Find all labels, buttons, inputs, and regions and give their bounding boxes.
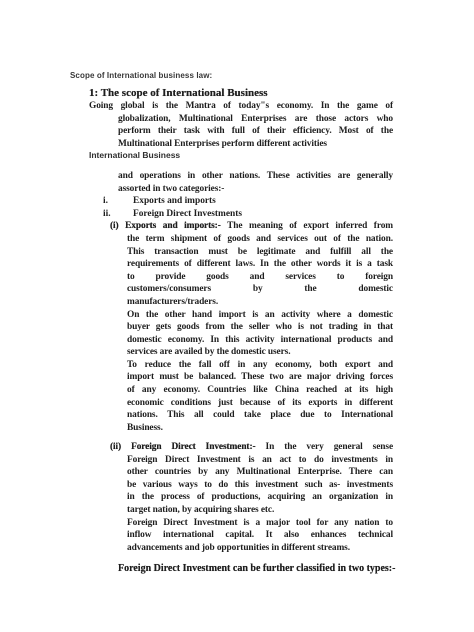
text-line: Business. [127,422,393,435]
text-line: and operations in other nations. These a… [118,170,393,183]
text-line: To reduce the fall off in any economy, b… [127,359,393,372]
list-item-text: Foreign Direct Investments [133,209,242,219]
header-note: Scope of International business law: [70,71,393,80]
item-first-text: The meaning of export inferred from [227,221,393,231]
section-heading: 1: The scope of International Business [89,87,393,100]
document-content: Scope of International business law: 1: … [70,71,393,575]
list-item-text: Exports and imports [133,196,216,206]
numbered-item-exports: (i) Exports and imports:- The meaning of… [110,220,393,434]
text-line: in the process of productions, acquiring… [127,491,393,504]
text-line: the term shipment of goods and services … [127,233,393,246]
document-page: Scope of International business law: 1: … [0,0,474,632]
item-body: the term shipment of goods and services … [110,233,393,435]
text-line: domestic economy. In this activity inter… [127,334,393,347]
text-line: be various ways to do this investment su… [127,479,393,492]
item-first-line: (ii) Foreign Direct Investment:- In the … [110,441,393,454]
roman-list: i.Exports and imports ii.Foreign Direct … [103,195,393,220]
item-label: Foreign Direct Investment:- [131,442,255,452]
text-line: of any economy. Countries like China rea… [127,384,393,397]
text-line: Multinational Enterprises perform differ… [118,138,393,151]
text-line: customers/consumers by the domestic [127,283,393,296]
text-line: to provide goods and services to foreign [127,271,393,284]
subject-label: International Business [89,151,393,160]
list-item-marker: i. [103,195,133,208]
text-line: globalization, Multinational Enterprises… [118,113,393,126]
closing-line: Foreign Direct Investment can be further… [118,562,393,575]
text-line: Going global is the Mantra of today"s ec… [89,100,393,113]
text-line: requirements of different laws. In the o… [127,258,393,271]
text-line: Foreign Direct Investment is a major too… [127,517,393,530]
text-line: services are availed by the domestic use… [127,346,393,359]
item-marker: (i) [110,221,119,231]
item-first-line: (i) Exports and imports:- The meaning of… [110,220,393,233]
text-line: buyer gets goods from the seller who is … [127,321,393,334]
item-body: Foreign Direct Investment is an act to d… [110,454,393,555]
intro-paragraph: Going global is the Mantra of today"s ec… [70,100,393,150]
general-paragraph: and operations in other nations. These a… [70,170,393,195]
text-line: assorted in two categories:- [118,183,393,196]
text-line: economic conditions just because of its … [127,397,393,410]
text-line: Foreign Direct Investment is an act to d… [127,454,393,467]
text-line: This transaction must be legitimate and … [127,246,393,259]
text-line: other countries by any Multinational Ent… [127,466,393,479]
text-line: target nation, by acquiring shares etc. [127,504,393,517]
text-line: nations. This all could take place due t… [127,409,393,422]
item-label: Exports and imports:- [125,221,221,231]
text-line: manufacturers/traders. [127,296,393,309]
item-marker: (ii) [110,442,121,452]
text-line: On the other hand import is an activity … [127,309,393,322]
numbered-item-fdi: (ii) Foreign Direct Investment:- In the … [110,441,393,554]
item-first-text: In the very general sense [266,442,393,452]
list-item: i.Exports and imports [103,195,393,208]
list-item: ii.Foreign Direct Investments [103,208,393,221]
text-line: import must be balanced. These two are m… [127,371,393,384]
text-line: advancements and job opportunities in di… [127,542,393,555]
list-item-marker: ii. [103,208,133,221]
text-line: perform their task with full of their ef… [118,125,393,138]
text-line: inflow international capital. It also en… [127,529,393,542]
